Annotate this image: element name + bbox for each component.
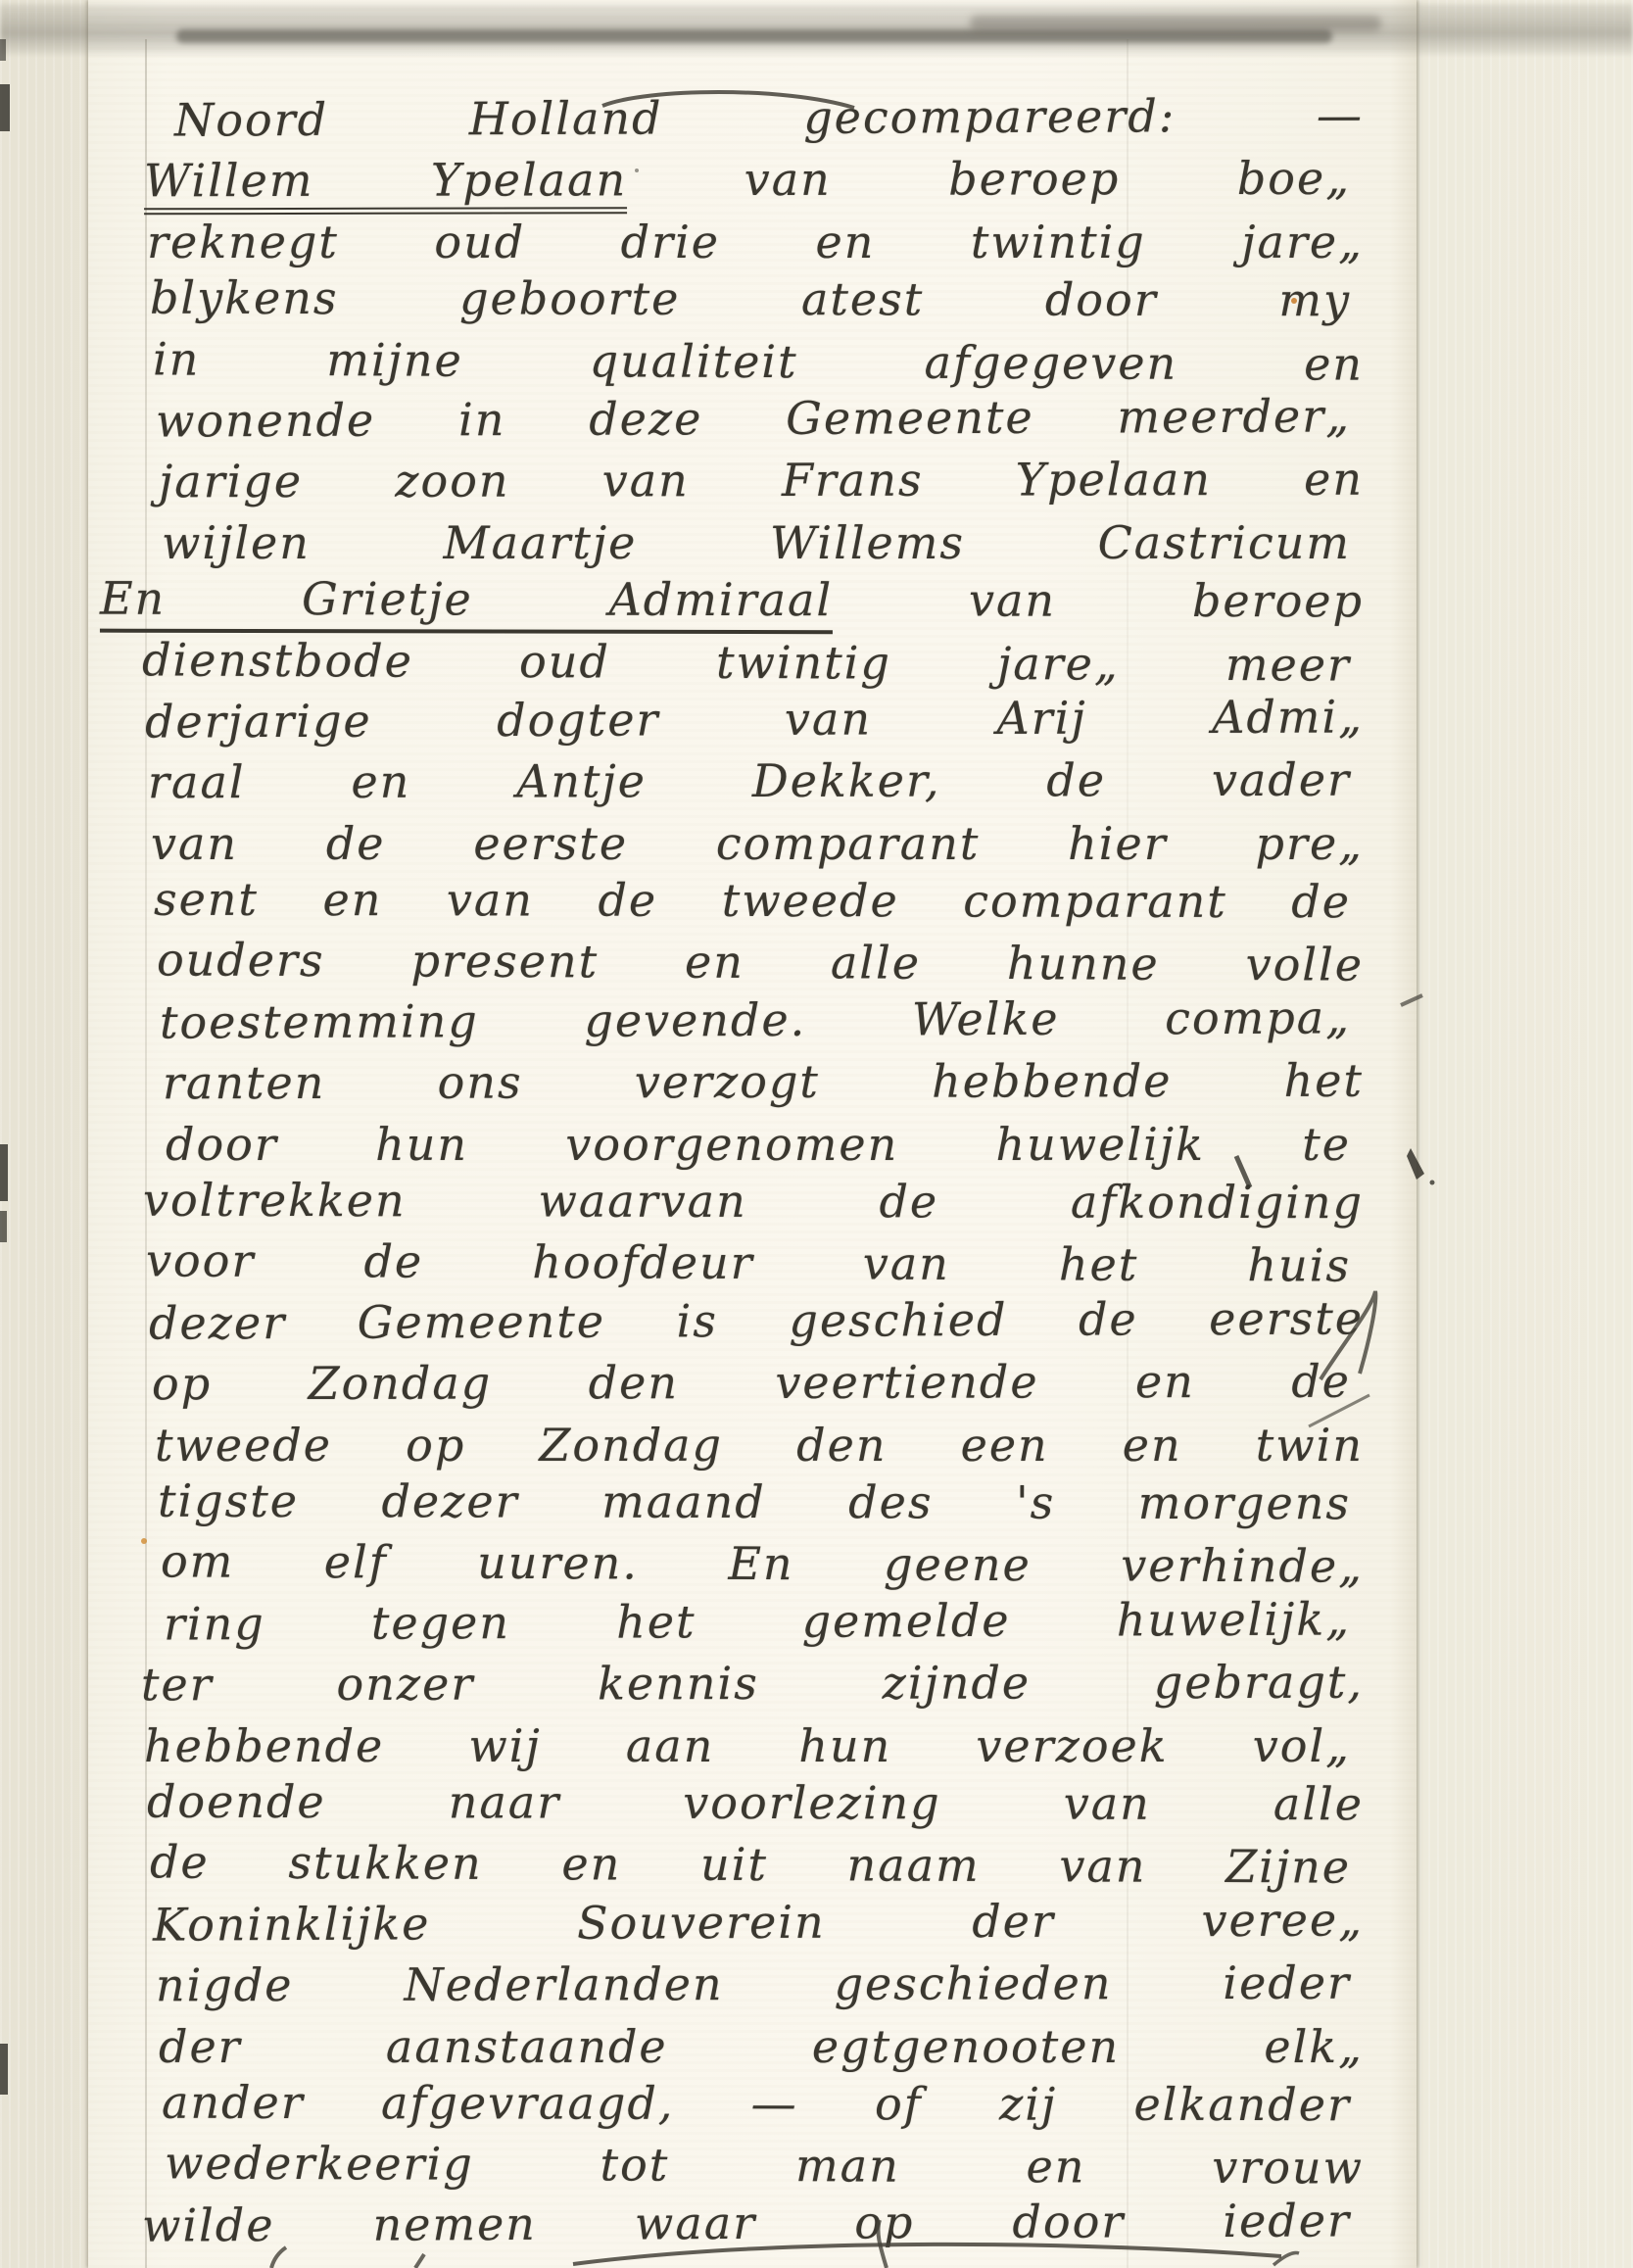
manuscript-line: der aanstaande egtgenooten elk„ — [159, 2017, 1364, 2077]
manuscript-line: nigde Nederlanden geschieden ieder — [156, 1954, 1351, 2016]
manuscript-line-text: van de eerste comparant hier pre„ — [151, 817, 1364, 870]
manuscript-line-text: ring tegen het gemelde huwelijk„ — [164, 1592, 1351, 1650]
manuscript-line: sent en van de tweede comparant de — [154, 870, 1351, 933]
manuscript-line: jarige zoon van Frans Ypelaan en — [159, 450, 1364, 512]
manuscript-line: dezer Gemeente is geschied de eerste — [149, 1288, 1364, 1354]
manuscript-line-text: nigde Nederlanden geschieden ieder — [156, 1956, 1351, 2012]
manuscript-line-text: reknegt oud drie en twintig jare„ — [147, 216, 1364, 268]
manuscript-line-text: ouders present en alle hunne volle — [157, 934, 1364, 991]
manuscript-line: reknegt oud drie en twintig jare„ — [147, 213, 1364, 272]
manuscript-line-text: derjarige dogter van Arij Admi„ — [145, 690, 1364, 748]
paper-speck — [141, 1538, 147, 1544]
scan-edge-mark — [0, 84, 10, 131]
manuscript-line-text: jarige zoon van Frans Ypelaan en — [159, 453, 1364, 508]
manuscript-line: tigste dezer maand des 's morgens — [158, 1472, 1351, 1534]
manuscript-line: tweede op Zondag den een en twin — [155, 1416, 1364, 1475]
paper-speck — [1291, 298, 1297, 304]
manuscript-line: En Grietje Admiraal van beroep — [100, 569, 1364, 632]
manuscript-line: ring tegen het gemelde huwelijk„ — [164, 1589, 1351, 1654]
manuscript-line-text: dienstbode oud twintig jare„ meer — [142, 633, 1351, 691]
manuscript-line-text: op Zondag den veertiende en de — [152, 1355, 1351, 1411]
paper-speck — [635, 169, 639, 172]
manuscript-line-text: in mijne qualiteit afgegeven en — [153, 332, 1364, 390]
manuscript-line-text: blykens geboorte atest door my — [150, 271, 1351, 327]
manuscript-line: wonende in deze Gemeente meerder„ — [156, 386, 1351, 452]
manuscript-line: Koninklijke Souverein der veree„ — [153, 1890, 1364, 1955]
manuscript-line: ter onzer kennis zijnde gebragt, — [141, 1653, 1364, 1715]
manuscript-line: doende naar voorlezing van alle — [147, 1772, 1364, 1835]
manuscript-line-text: van beroep boe„ — [627, 152, 1351, 207]
manuscript-line-text: ander afgevraagd, — of zij elkander — [162, 2076, 1351, 2132]
manuscript-line: wederkeerig tot man en vrouw — [165, 2134, 1364, 2199]
manuscript-line-text: tweede op Zondag den een en twin — [155, 1419, 1364, 1472]
manuscript-line: wilde nemen waar op door ieder — [142, 2191, 1351, 2256]
manuscript-line: voltrekken waarvan de afkondiging — [143, 1171, 1364, 1233]
manuscript-line: in mijne qualiteit afgegeven en — [153, 329, 1364, 395]
manuscript-line: raal en Antje Dekker, de vader — [148, 750, 1351, 813]
manuscript-line: de stukken en uit naam van Zijne — [150, 1833, 1351, 1899]
manuscript-line-text: Noord Holland gecompareerd: — — [174, 88, 1364, 146]
scan-edge-mark — [0, 1144, 8, 1201]
manuscript-line: ander afgevraagd, — of zij elkander — [162, 2073, 1351, 2136]
manuscript-line: Noord Holland gecompareerd: — — [174, 85, 1364, 150]
manuscript-line-text: hebbende wij aan hun verzoek vol„ — [144, 1719, 1351, 1772]
manuscript-line-text: door hun voorgenomen huwelijk te — [166, 1118, 1351, 1171]
manuscript-line-text: Koninklijke Souverein der veree„ — [153, 1893, 1364, 1951]
scan-edge-mark — [0, 2044, 8, 2095]
scan-top-shadow-core — [176, 29, 1332, 43]
underlined-name: Willem Ypelaan — [144, 154, 627, 216]
manuscript-line-text: raal en Antje Dekker, de vader — [148, 753, 1351, 809]
manuscript-line: voor de hoofdeur van het huis — [146, 1231, 1351, 1297]
manuscript-line: op Zondag den veertiende en de — [152, 1352, 1351, 1415]
manuscript-line-text: ter onzer kennis zijnde gebragt, — [141, 1656, 1364, 1712]
underlined-name: En Grietje Admiraal — [100, 572, 833, 635]
manuscript-line-text: de stukken en uit naam van Zijne — [150, 1836, 1351, 1894]
manuscript-line-text: wilde nemen waar op door ieder — [142, 2194, 1351, 2251]
manuscript-line-text: wonende in deze Gemeente meerder„ — [156, 389, 1351, 447]
handwritten-text-block: Noord Holland gecompareerd: —Willem Ypel… — [127, 90, 1401, 2255]
scan-top-shadow-core-right — [970, 16, 1381, 31]
scan-edge-mark — [0, 1211, 7, 1242]
manuscript-line: om elf uuren. En geene verhinde„ — [161, 1532, 1364, 1598]
manuscript-line-text: tigste dezer maand des 's morgens — [158, 1474, 1351, 1530]
manuscript-line-text: toestemming gevende. Welke compa„ — [160, 990, 1351, 1048]
manuscript-line-text: doende naar voorlezing van alle — [147, 1775, 1364, 1831]
document-scan: Noord Holland gecompareerd: —Willem Ypel… — [0, 0, 1633, 2268]
manuscript-line: ouders present en alle hunne volle — [157, 931, 1364, 996]
manuscript-line-text: ranten ons verzogt hebbende het — [163, 1054, 1364, 1110]
manuscript-line: wijlen Maartje Willems Castricum — [162, 513, 1351, 573]
manuscript-line-text: om elf uuren. En geene verhinde„ — [161, 1535, 1364, 1593]
manuscript-line-text: voor de hoofdeur van het huis — [146, 1234, 1351, 1292]
manuscript-line: door hun voorgenomen huwelijk te — [166, 1115, 1351, 1175]
manuscript-line-text: sent en van de tweede comparant de — [154, 873, 1351, 929]
manuscript-line-text: wijlen Maartje Willems Castricum — [162, 516, 1351, 569]
manuscript-line: derjarige dogter van Arij Admi„ — [145, 687, 1364, 752]
manuscript-line-text: der aanstaande egtgenooten elk„ — [159, 2020, 1364, 2073]
manuscript-line-text: van beroep — [833, 573, 1364, 627]
manuscript-line: blykens geboorte atest door my — [150, 268, 1351, 331]
manuscript-line: Willem Ypelaan van beroep boe„ — [144, 149, 1351, 212]
manuscript-line: toestemming gevende. Welke compa„ — [160, 988, 1351, 1052]
manuscript-line-text: dezer Gemeente is geschied de eerste — [149, 1291, 1364, 1349]
manuscript-line: van de eerste comparant hier pre„ — [151, 814, 1364, 874]
scan-edge-mark — [0, 39, 6, 61]
manuscript-line: ranten ons verzogt hebbende het — [163, 1051, 1364, 1114]
manuscript-page: Noord Holland gecompareerd: —Willem Ypel… — [88, 0, 1417, 2268]
manuscript-line: dienstbode oud twintig jare„ meer — [142, 630, 1351, 696]
manuscript-line-text: voltrekken waarvan de afkondiging — [143, 1174, 1364, 1230]
manuscript-line: hebbende wij aan hun verzoek vol„ — [144, 1716, 1351, 1776]
manuscript-line-text: wederkeerig tot man en vrouw — [165, 2137, 1364, 2195]
